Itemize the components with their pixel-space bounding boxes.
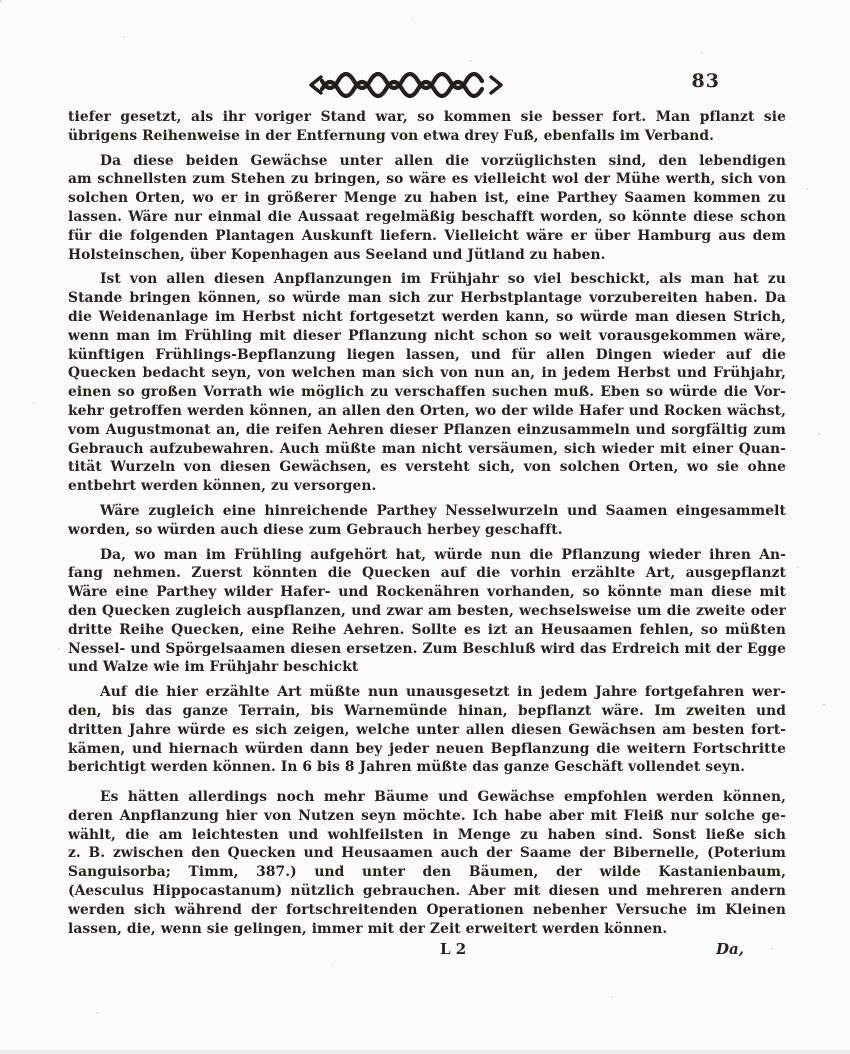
text-line: übrigens Reihenweise in der Entfernung v… <box>68 127 786 146</box>
text-line: berichtigt werden können. In 6 bis 8 Jah… <box>68 758 786 777</box>
text-line: (Aesculus Hippocastanum) nützlich gebrau… <box>68 882 786 901</box>
text-line: werden sich während der fortschreitenden… <box>68 901 786 920</box>
paragraph: tiefer gesetzt, als ihr voriger Stand wa… <box>68 108 786 146</box>
paragraph: Wäre zugleich eine hinreichende Parthey … <box>68 502 786 540</box>
text-line: künftigen Frühlings-Bepflanzung liegen l… <box>68 346 786 365</box>
header-ornament-icon <box>306 72 506 98</box>
text-line: kehr getroffen werden können, an allen d… <box>68 402 786 421</box>
book-page-scan: 83 tiefer gesetzt, als ihr voriger Stand… <box>0 0 850 1054</box>
text-line: tiefer gesetzt, als ihr voriger Stand wa… <box>68 108 786 127</box>
text-line: fang nehmen. Zuerst könnten die Quecken … <box>68 564 786 583</box>
text-line: deren Anpflanzung hier von Nutzen seyn m… <box>68 807 786 826</box>
text-line: einen so großen Vorrath wie möglich zu v… <box>68 383 786 402</box>
text-line: lassen, die, wenn sie gelingen, immer mi… <box>68 920 786 939</box>
text-line: die Weidenanlage im Herbst nicht fortges… <box>68 308 786 327</box>
text-line: tität Wurzeln von diesen Gewächsen, es v… <box>68 458 786 477</box>
text-line: dritten Jahre würde es sich zeigen, welc… <box>68 721 786 740</box>
text-line: kämen, und hiernach würden dann bey jede… <box>68 740 786 759</box>
text-line: worden, so würden auch diese zum Gebrauc… <box>68 521 786 540</box>
text-line: Nessel- und Spörgelsaamen diesen ersetze… <box>68 640 786 659</box>
page-number: 83 <box>692 70 720 92</box>
text-line: solchen Orten, wo er in größerer Menge z… <box>68 189 786 208</box>
page-footer: L 2 Da, <box>68 940 786 962</box>
paragraph: Ist von allen diesen Anpflanzungen im Fr… <box>68 270 786 496</box>
text-line: Holsteinschen, über Kopenhagen aus Seela… <box>68 246 786 265</box>
text-line: Quecken bedacht seyn, von welchen man si… <box>68 364 786 383</box>
text-line: für die folgenden Plantagen Auskunft lie… <box>68 227 786 246</box>
text-line: dritte Reihe Quecken, eine Reihe Aehren.… <box>68 621 786 640</box>
paragraph: Auf die hier erzählte Art müßte nun unau… <box>68 683 786 777</box>
text-line: am schnellsten zum Stehen zu bringen, so… <box>68 170 786 189</box>
text-line: lassen. Wäre nur einmal die Aussaat rege… <box>68 208 786 227</box>
text-line: und Walze wie im Frühjahr beschickt <box>68 658 786 677</box>
text-line: z. B. zwischen den Quecken und Heusaamen… <box>68 844 786 863</box>
page-header: 83 <box>68 68 786 102</box>
text-line: den, bis das ganze Terrain, bis Warnemün… <box>68 702 786 721</box>
text-line: Da, wo man im Frühling aufgehört hat, wü… <box>68 546 786 565</box>
text-line: Gebrauch aufzubewahren. Auch müßte man n… <box>68 440 786 459</box>
text-line: Es hätten allerdings noch mehr Bäume und… <box>68 788 786 807</box>
text-line: entbehrt werden können, zu versorgen. <box>68 477 786 496</box>
text-line: Stande bringen können, so würde man sich… <box>68 289 786 308</box>
text-line: vom Augustmonat an, die reifen Aehren di… <box>68 421 786 440</box>
signature-mark: L 2 <box>440 940 466 958</box>
text-line: Ist von allen diesen Anpflanzungen im Fr… <box>68 270 786 289</box>
text-line: wählt, die am leichtesten und wohlfeilst… <box>68 826 786 845</box>
text-line: Wäre eine Parthey wilder Hafer- und Rock… <box>68 583 786 602</box>
scan-bottom-edge <box>0 1050 850 1054</box>
paper-noise <box>0 0 2 2</box>
paragraph: Es hätten allerdings noch mehr Bäume und… <box>68 788 786 938</box>
text-line: den Quecken zugleich auspflanzen, und zw… <box>68 602 786 621</box>
paragraph: Da, wo man im Frühling aufgehört hat, wü… <box>68 546 786 678</box>
paragraph: Da diese beiden Gewächse unter allen die… <box>68 152 786 265</box>
page-body: tiefer gesetzt, als ihr voriger Stand wa… <box>68 108 786 938</box>
catchword: Da, <box>716 940 744 958</box>
text-line: wenn man im Frühling mit dieser Pflanzun… <box>68 327 786 346</box>
text-line: Da diese beiden Gewächse unter allen die… <box>68 152 786 171</box>
text-line: Auf die hier erzählte Art müßte nun unau… <box>68 683 786 702</box>
text-line: Sanguisorba; Timm, 387.) und unter den B… <box>68 863 786 882</box>
text-line: Wäre zugleich eine hinreichende Parthey … <box>68 502 786 521</box>
